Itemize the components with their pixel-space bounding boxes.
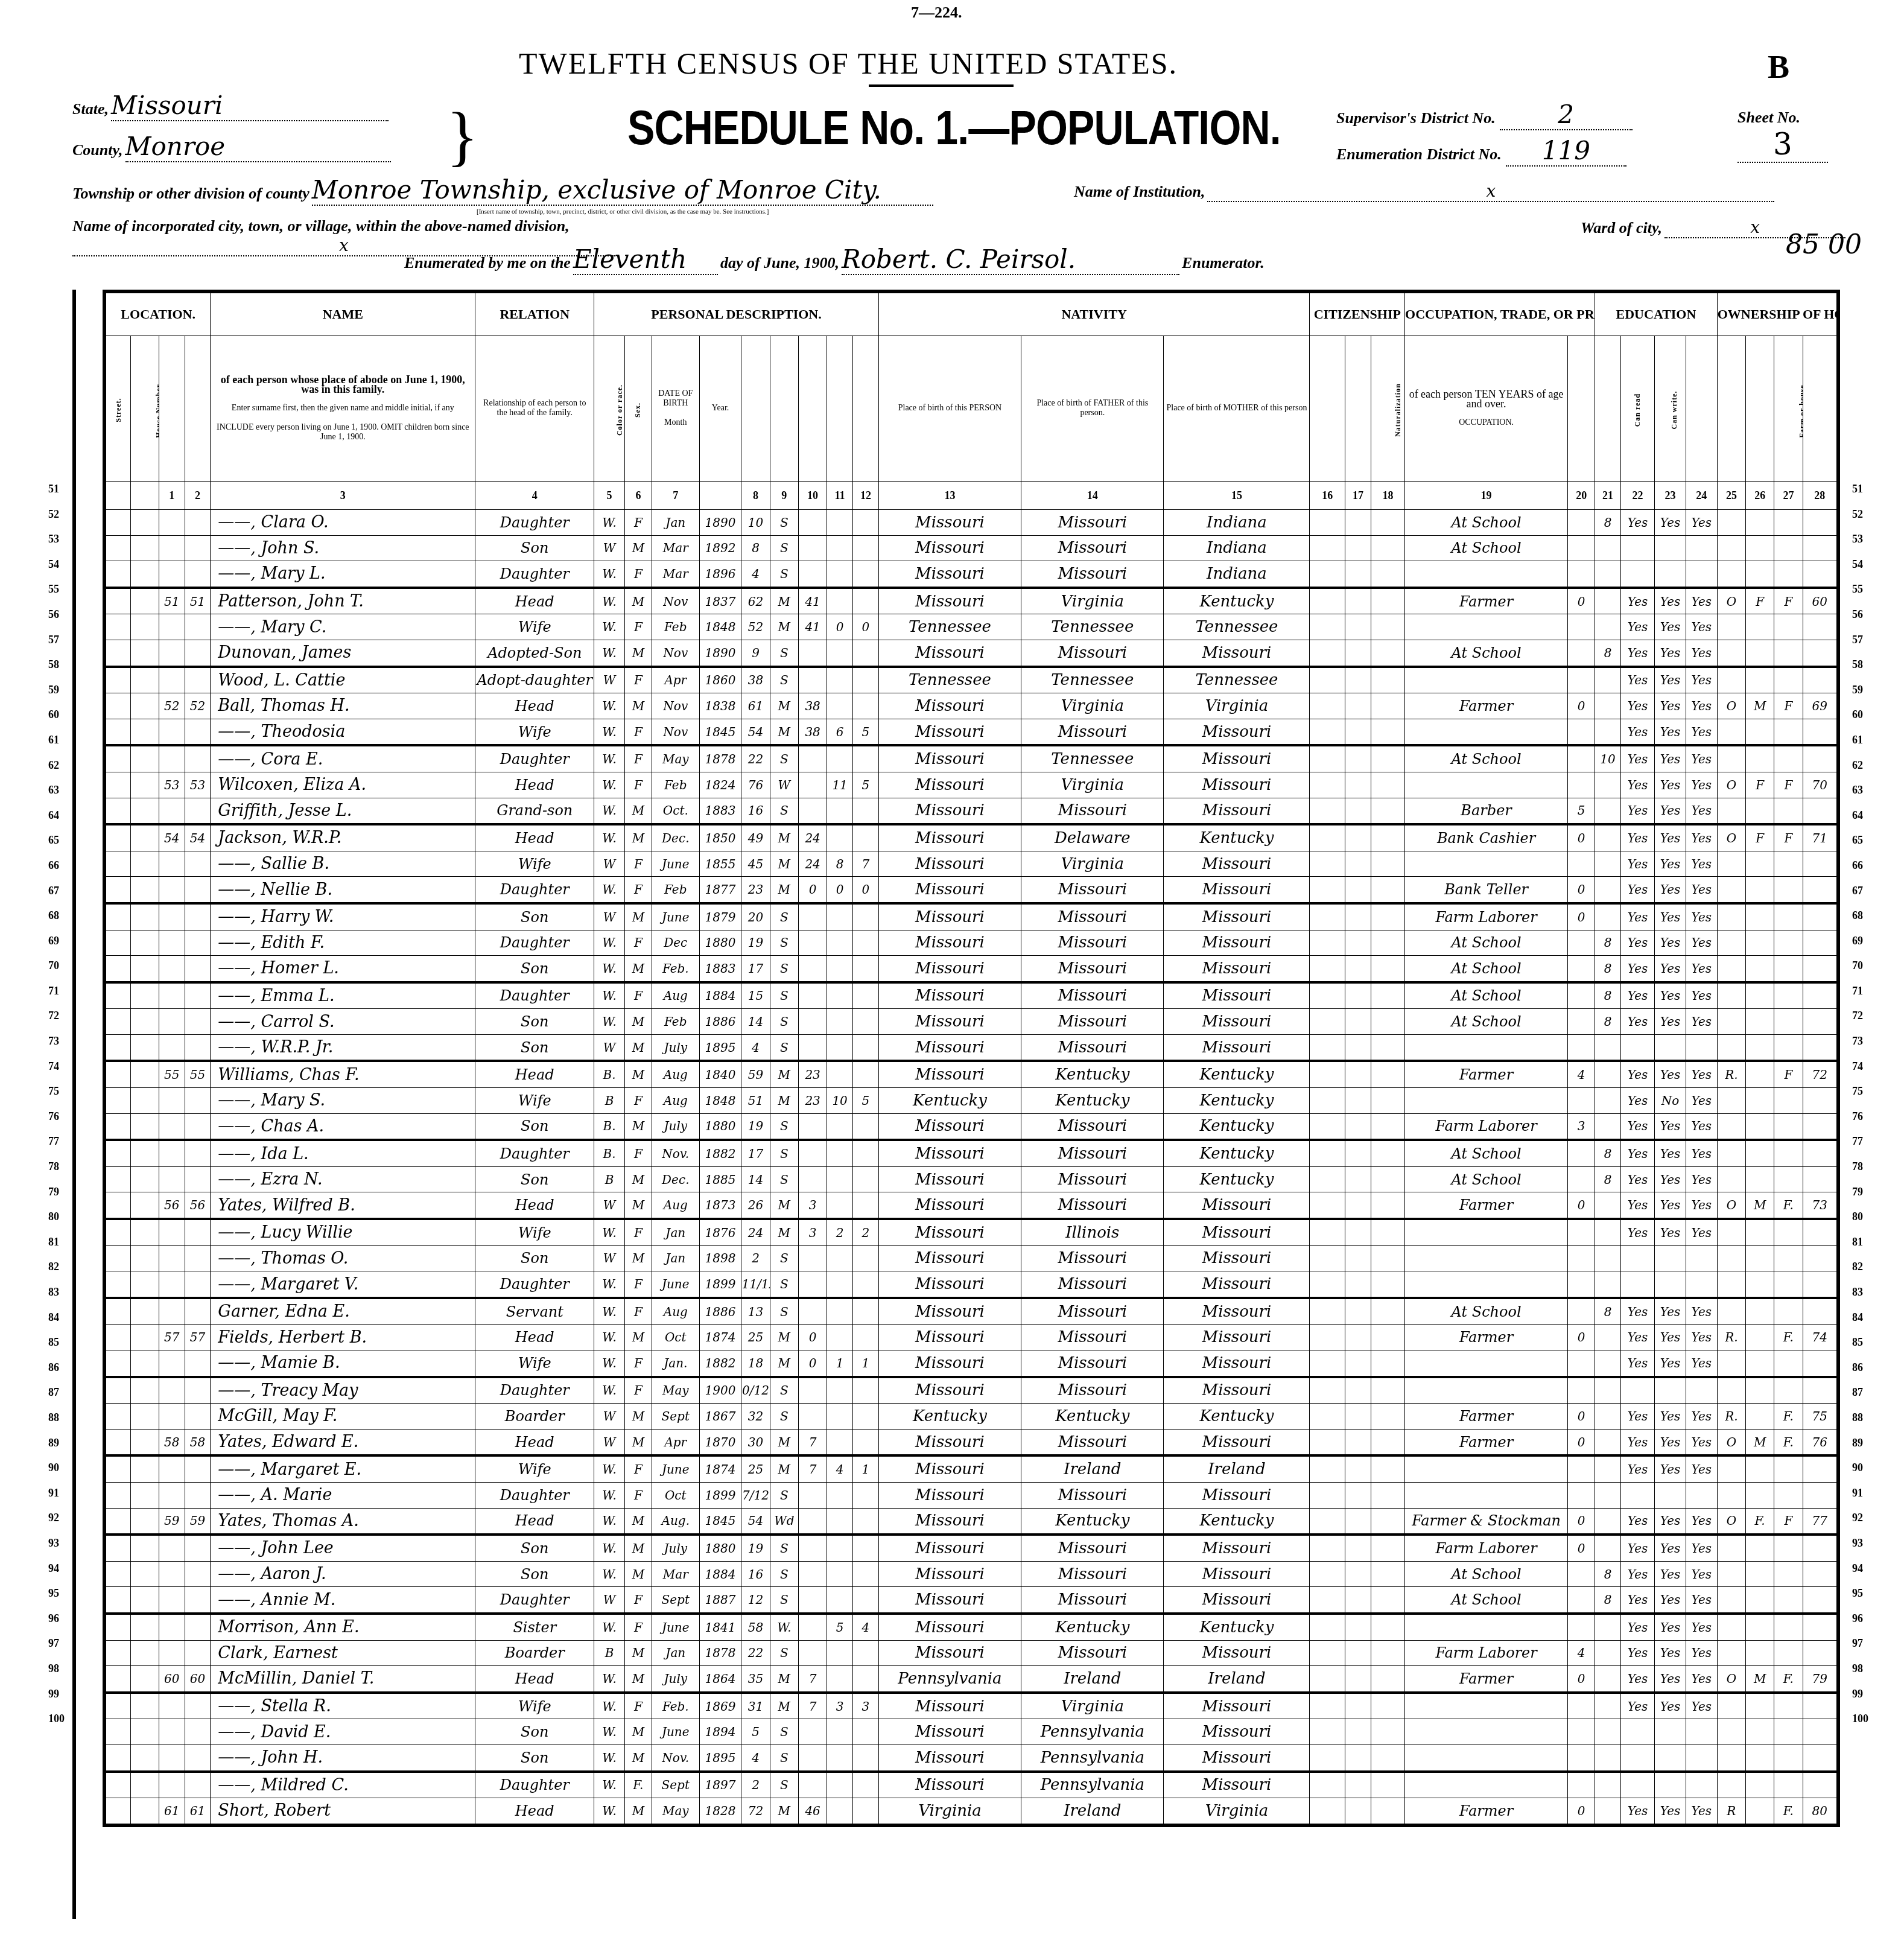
birth-month-cell: July — [652, 1666, 699, 1693]
owned-rented-cell — [1717, 903, 1745, 930]
naturalization-cell — [1371, 1192, 1404, 1219]
birthplace-mother-cell: Missouri — [1164, 956, 1310, 982]
color-cell: W. — [594, 640, 625, 666]
line-number: 91 — [1852, 1481, 1868, 1506]
months-unemployed-cell — [1568, 561, 1595, 588]
family-number-cell — [185, 1219, 211, 1245]
line-number: 75 — [48, 1079, 65, 1104]
color-cell: W. — [594, 1219, 625, 1245]
street-cell — [106, 1614, 131, 1640]
naturalization-cell — [1371, 588, 1404, 614]
house-number-cell — [130, 1298, 159, 1325]
farm-schedule-cell — [1803, 745, 1836, 772]
years-married-cell — [798, 772, 827, 798]
birth-month-cell: Feb — [652, 772, 699, 798]
family-number-cell — [185, 1271, 211, 1298]
can-speak-cell: Yes — [1686, 1561, 1717, 1587]
farm-schedule-cell — [1803, 561, 1836, 588]
line-number: 63 — [1852, 778, 1868, 803]
can-speak-cell: Yes — [1686, 930, 1717, 956]
can-write-cell: Yes — [1655, 877, 1686, 903]
birthplace-father-cell: Missouri — [1021, 1535, 1164, 1561]
family-number-cell — [185, 1377, 211, 1404]
relation-cell: Head — [475, 824, 594, 851]
attended-school-cell — [1595, 1482, 1621, 1508]
age-cell: 13 — [741, 1298, 770, 1325]
name-cell: ——, Stella R. — [211, 1693, 475, 1719]
marital-status-cell: S — [770, 1745, 798, 1771]
street-cell — [106, 640, 131, 666]
house-number-cell — [130, 1166, 159, 1192]
birthplace-person-cell: Missouri — [878, 772, 1021, 798]
children-living-cell — [853, 798, 879, 824]
years-in-us-cell — [1345, 1140, 1371, 1166]
owned-rented-cell — [1717, 1245, 1745, 1271]
marital-status-cell: S — [770, 1404, 798, 1430]
children-living-cell — [853, 745, 879, 772]
name-cell: ——, Mary S. — [211, 1088, 475, 1114]
margin-note: 85 00 — [1786, 229, 1862, 260]
name-cell: ——, Annie M. — [211, 1587, 475, 1614]
street-cell — [106, 1377, 131, 1404]
months-unemployed-cell: 0 — [1568, 1192, 1595, 1219]
attended-school-cell — [1595, 1798, 1621, 1824]
family-number-cell — [185, 1455, 211, 1482]
owned-rented-cell: R. — [1717, 1061, 1745, 1087]
sex-cell: F — [624, 1482, 652, 1508]
birthplace-mother-cell: Missouri — [1164, 1192, 1310, 1219]
owned-rented-cell — [1717, 1377, 1745, 1404]
occupation-cell — [1405, 1034, 1568, 1061]
farm-schedule-cell — [1803, 1088, 1836, 1114]
marital-status-cell: M — [770, 1350, 798, 1377]
family-number-cell — [185, 1088, 211, 1114]
farm-house-cell — [1774, 1271, 1803, 1298]
name-cell: McGill, May F. — [211, 1404, 475, 1430]
line-number: 68 — [1852, 903, 1868, 929]
birth-month-cell: Aug. — [652, 1508, 699, 1535]
immigration-year-cell — [1310, 1298, 1345, 1325]
sex-cell: F — [624, 667, 652, 693]
can-speak-cell — [1686, 1377, 1717, 1404]
dwelling-number-cell — [159, 667, 185, 693]
birthplace-mother-cell: Missouri — [1164, 930, 1310, 956]
farm-schedule-cell — [1803, 1271, 1836, 1298]
birthplace-father-cell: Missouri — [1021, 535, 1164, 561]
name-cell: Yates, Wilfred B. — [211, 1192, 475, 1219]
birthplace-person-cell: Missouri — [878, 1061, 1021, 1087]
children-living-cell — [853, 1561, 879, 1587]
age-cell: 51 — [741, 1088, 770, 1114]
can-write-cell: Yes — [1655, 1693, 1686, 1719]
birth-year-cell: 1874 — [699, 1455, 741, 1482]
free-mortgaged-cell — [1746, 956, 1774, 982]
birthplace-mother-cell: Indiana — [1164, 561, 1310, 588]
free-mortgaged-cell — [1746, 745, 1774, 772]
column-number: 25 — [1717, 482, 1745, 510]
immigration-year-cell — [1310, 1140, 1345, 1166]
mother-of-cell — [827, 745, 853, 772]
family-number-cell — [185, 1587, 211, 1614]
table-row: ——, Cora E.DaughterW.FMay187822SMissouri… — [106, 745, 1837, 772]
birthplace-mother-cell: Kentucky — [1164, 1140, 1310, 1166]
name-cell: ——, Harry W. — [211, 903, 475, 930]
children-living-cell: 1 — [853, 1455, 879, 1482]
naturalization-cell — [1371, 667, 1404, 693]
birth-year-cell: 1828 — [699, 1798, 741, 1824]
years-in-us-cell — [1345, 1772, 1371, 1798]
marital-status-cell: M — [770, 1061, 798, 1087]
children-living-cell — [853, 1271, 879, 1298]
name-cell: ——, Clara O. — [211, 510, 475, 536]
birthplace-father-cell: Virginia — [1021, 588, 1164, 614]
line-number: 70 — [1852, 953, 1868, 979]
can-write-cell: Yes — [1655, 982, 1686, 1009]
name-cell: ——, Mary L. — [211, 561, 475, 588]
color-cell: B. — [594, 1140, 625, 1166]
years-in-us-cell — [1345, 640, 1371, 666]
dwelling-number-cell — [159, 1113, 185, 1140]
enumeration-district-field: Enumeration District No. 119 — [1336, 136, 1626, 167]
street-cell — [106, 851, 131, 877]
children-living-cell — [853, 1429, 879, 1455]
immigration-year-cell — [1310, 824, 1345, 851]
birthplace-father-cell: Missouri — [1021, 1009, 1164, 1035]
children-living-cell — [853, 930, 879, 956]
relation-cell: Wife — [475, 1219, 594, 1245]
line-number: 59 — [48, 678, 65, 703]
line-number: 96 — [48, 1606, 65, 1632]
years-married-cell — [798, 1482, 827, 1508]
attended-school-cell — [1595, 561, 1621, 588]
free-mortgaged-cell — [1746, 1404, 1774, 1430]
children-living-cell — [853, 1745, 879, 1771]
can-read-cell: Yes — [1620, 640, 1654, 666]
street-cell — [106, 1192, 131, 1219]
free-mortgaged-cell — [1746, 930, 1774, 956]
can-write-cell: Yes — [1655, 851, 1686, 877]
occupation-cell: Farm Laborer — [1405, 1535, 1568, 1561]
birth-year-cell: 1877 — [699, 877, 741, 903]
family-number-cell — [185, 1640, 211, 1666]
sex-cell: F — [624, 982, 652, 1009]
col-free-mortgaged: Owned free or mortgaged — [1746, 336, 1774, 482]
children-living-cell — [853, 640, 879, 666]
line-number: 65 — [48, 828, 65, 853]
farm-house-cell — [1774, 851, 1803, 877]
birthplace-person-cell: Missouri — [878, 1561, 1021, 1587]
birthplace-person-cell: Missouri — [878, 1535, 1021, 1561]
age-cell: 24 — [741, 1219, 770, 1245]
table-row: ——, Annie M.DaughterWFSept188712SMissour… — [106, 1587, 1837, 1614]
can-read-cell: Yes — [1620, 1587, 1654, 1614]
street-cell — [106, 1325, 131, 1350]
birth-month-cell: Mar — [652, 561, 699, 588]
years-in-us-cell — [1345, 1587, 1371, 1614]
immigration-year-cell — [1310, 588, 1345, 614]
table-row: ——, Homer L.SonW.MFeb.188317SMissouriMis… — [106, 956, 1837, 982]
occupation-cell: At School — [1405, 1140, 1568, 1166]
can-speak-cell: Yes — [1686, 1298, 1717, 1325]
col-can-read: Can read — [1620, 336, 1654, 482]
marital-status-cell: M — [770, 693, 798, 719]
line-number: 60 — [1852, 702, 1868, 728]
age-cell: 52 — [741, 614, 770, 640]
column-number: 10 — [798, 482, 827, 510]
line-number: 84 — [48, 1305, 65, 1331]
years-married-cell: 3 — [798, 1192, 827, 1219]
can-write-cell: Yes — [1655, 1009, 1686, 1035]
can-write-cell: Yes — [1655, 1219, 1686, 1245]
sex-cell: F — [624, 1455, 652, 1482]
farm-schedule-cell — [1803, 930, 1836, 956]
free-mortgaged-cell — [1746, 1219, 1774, 1245]
months-unemployed-cell — [1568, 1009, 1595, 1035]
birthplace-father-cell: Missouri — [1021, 877, 1164, 903]
birthplace-person-cell: Kentucky — [878, 1404, 1021, 1430]
house-number-cell — [130, 903, 159, 930]
mother-of-cell — [827, 1034, 853, 1061]
owned-rented-cell — [1717, 1219, 1745, 1245]
occupation-cell: At School — [1405, 1166, 1568, 1192]
years-in-us-cell — [1345, 535, 1371, 561]
immigration-year-cell — [1310, 1166, 1345, 1192]
occupation-cell — [1405, 1772, 1568, 1798]
farm-schedule-cell — [1803, 719, 1836, 745]
birthplace-mother-cell: Kentucky — [1164, 588, 1310, 614]
attended-school-cell — [1595, 667, 1621, 693]
can-read-cell: Yes — [1620, 667, 1654, 693]
col-birthplace-father: Place of birth of FATHER of this person. — [1021, 336, 1164, 482]
birthplace-person-cell: Missouri — [878, 535, 1021, 561]
relation-cell: Son — [475, 956, 594, 982]
children-living-cell — [853, 1325, 879, 1350]
mother-of-cell: 10 — [827, 1088, 853, 1114]
free-mortgaged-cell — [1746, 903, 1774, 930]
birthplace-father-cell: Pennsylvania — [1021, 1719, 1164, 1745]
marital-status-cell: M — [770, 1429, 798, 1455]
immigration-year-cell — [1310, 1640, 1345, 1666]
street-cell — [106, 982, 131, 1009]
occupation-cell: Farmer — [1405, 588, 1568, 614]
years-married-cell — [798, 667, 827, 693]
family-number-cell: 58 — [185, 1429, 211, 1455]
years-married-cell: 23 — [798, 1088, 827, 1114]
birthplace-mother-cell: Virginia — [1164, 1798, 1310, 1824]
column-number: 9 — [770, 482, 798, 510]
immigration-year-cell — [1310, 1245, 1345, 1271]
name-cell: ——, A. Marie — [211, 1482, 475, 1508]
birth-year-cell: 1860 — [699, 667, 741, 693]
county-field: County, Monroe — [72, 132, 434, 162]
mother-of-cell — [827, 1271, 853, 1298]
years-married-cell: 3 — [798, 1219, 827, 1245]
can-write-cell: Yes — [1655, 1166, 1686, 1192]
children-living-cell — [853, 1140, 879, 1166]
attended-school-cell: 10 — [1595, 745, 1621, 772]
naturalization-cell — [1371, 510, 1404, 536]
can-read-cell — [1620, 1482, 1654, 1508]
column-number: 1 — [159, 482, 185, 510]
birthplace-person-cell: Missouri — [878, 1140, 1021, 1166]
col-dwelling-number: Number of dwelling-house, in the order o… — [159, 336, 185, 482]
column-number — [699, 482, 741, 510]
birthplace-person-cell: Missouri — [878, 1009, 1021, 1035]
column-number: 28 — [1803, 482, 1836, 510]
line-number: 61 — [1852, 728, 1868, 753]
family-number-cell — [185, 535, 211, 561]
can-write-cell: Yes — [1655, 640, 1686, 666]
years-married-cell: 38 — [798, 693, 827, 719]
line-number: 92 — [48, 1506, 65, 1531]
can-speak-cell: Yes — [1686, 693, 1717, 719]
owned-rented-cell: R — [1717, 1798, 1745, 1824]
children-living-cell — [853, 510, 879, 536]
enumerator-name: Robert. C. Peirsol. — [842, 244, 1179, 275]
occupation-cell: Farmer — [1405, 1429, 1568, 1455]
can-read-cell — [1620, 561, 1654, 588]
occupation-cell — [1405, 1245, 1568, 1271]
naturalization-cell — [1371, 1245, 1404, 1271]
months-unemployed-cell — [1568, 1745, 1595, 1771]
can-read-cell — [1620, 1745, 1654, 1771]
population-schedule-table: LOCATION. NAME RELATION PERSONAL DESCRIP… — [103, 290, 1840, 1827]
family-number-cell: 53 — [185, 772, 211, 798]
owned-rented-cell — [1717, 1719, 1745, 1745]
birth-month-cell: Jan. — [652, 1350, 699, 1377]
owned-rented-cell — [1717, 1088, 1745, 1114]
can-write-cell — [1655, 1772, 1686, 1798]
mother-of-cell — [827, 1166, 853, 1192]
naturalization-cell — [1371, 1798, 1404, 1824]
can-write-cell — [1655, 1719, 1686, 1745]
age-cell: 62 — [741, 588, 770, 614]
can-write-cell: Yes — [1655, 930, 1686, 956]
birthplace-mother-cell: Missouri — [1164, 1693, 1310, 1719]
sheet-letter: B — [1768, 48, 1789, 86]
children-living-cell: 3 — [853, 1693, 879, 1719]
birthplace-person-cell: Missouri — [878, 1034, 1021, 1061]
immigration-year-cell — [1310, 561, 1345, 588]
owned-rented-cell — [1717, 667, 1745, 693]
can-speak-cell: Yes — [1686, 667, 1717, 693]
naturalization-cell — [1371, 1271, 1404, 1298]
mother-of-cell — [827, 1245, 853, 1271]
birthplace-person-cell: Missouri — [878, 982, 1021, 1009]
line-number: 69 — [1852, 929, 1868, 954]
can-read-cell: Yes — [1620, 614, 1654, 640]
birth-month-cell: June — [652, 1614, 699, 1640]
birth-month-cell: Jan — [652, 1245, 699, 1271]
color-cell: W. — [594, 1377, 625, 1404]
line-number: 72 — [1852, 1003, 1868, 1029]
owned-rented-cell: O — [1717, 693, 1745, 719]
street-cell — [106, 1640, 131, 1666]
age-cell: 20 — [741, 903, 770, 930]
free-mortgaged-cell — [1746, 1061, 1774, 1087]
dwelling-number-cell: 60 — [159, 1666, 185, 1693]
years-married-cell — [798, 1034, 827, 1061]
children-living-cell: 7 — [853, 851, 879, 877]
street-cell — [106, 535, 131, 561]
birthplace-father-cell: Ireland — [1021, 1798, 1164, 1824]
birth-month-cell: Nov. — [652, 1745, 699, 1771]
line-number: 79 — [48, 1180, 65, 1205]
column-number: 20 — [1568, 482, 1595, 510]
can-speak-cell: Yes — [1686, 1798, 1717, 1824]
farm-house-cell — [1774, 798, 1803, 824]
age-cell: 7/12 — [741, 1482, 770, 1508]
header-citizenship: CITIZENSHIP — [1310, 293, 1405, 336]
marital-status-cell: S — [770, 1113, 798, 1140]
col-birth-year: Year. — [699, 336, 741, 482]
free-mortgaged-cell — [1746, 877, 1774, 903]
occupation-cell: At School — [1405, 1561, 1568, 1587]
naturalization-cell — [1371, 1693, 1404, 1719]
table-row: ——, Carrol S.SonW.MFeb188614SMissouriMis… — [106, 1009, 1837, 1035]
can-read-cell: Yes — [1620, 1429, 1654, 1455]
naturalization-cell — [1371, 1719, 1404, 1745]
owned-rented-cell — [1717, 956, 1745, 982]
dwelling-number-cell — [159, 1350, 185, 1377]
birthplace-mother-cell: Missouri — [1164, 798, 1310, 824]
color-cell: W. — [594, 1508, 625, 1535]
can-read-cell: Yes — [1620, 1088, 1654, 1114]
dwelling-number-cell — [159, 1298, 185, 1325]
age-cell: 26 — [741, 1192, 770, 1219]
birthplace-father-cell: Missouri — [1021, 561, 1164, 588]
age-cell: 54 — [741, 1508, 770, 1535]
column-number: 2 — [185, 482, 211, 510]
years-in-us-cell — [1345, 1640, 1371, 1666]
house-number-cell — [130, 1508, 159, 1535]
children-living-cell — [853, 693, 879, 719]
name-cell: ——, Mamie B. — [211, 1350, 475, 1377]
township-field: Township or other division of county Mon… — [72, 175, 1098, 206]
children-living-cell: 5 — [853, 719, 879, 745]
birthplace-father-cell: Missouri — [1021, 640, 1164, 666]
naturalization-cell — [1371, 1614, 1404, 1640]
sex-cell: M — [624, 1325, 652, 1350]
birthplace-person-cell: Missouri — [878, 824, 1021, 851]
line-number: 90 — [1852, 1455, 1868, 1481]
occupation-cell: Farmer — [1405, 1404, 1568, 1430]
table-row: ——, Chas A.SonB.MJuly188019SMissouriMiss… — [106, 1113, 1837, 1140]
years-married-cell — [798, 1719, 827, 1745]
farm-house-cell — [1774, 1034, 1803, 1061]
naturalization-cell — [1371, 1088, 1404, 1114]
dwelling-number-cell — [159, 903, 185, 930]
family-number-cell — [185, 1009, 211, 1035]
immigration-year-cell — [1310, 1061, 1345, 1087]
birth-year-cell: 1886 — [699, 1298, 741, 1325]
street-cell — [106, 1245, 131, 1271]
can-read-cell: Yes — [1620, 1325, 1654, 1350]
can-read-cell: Yes — [1620, 1455, 1654, 1482]
birthplace-person-cell: Missouri — [878, 1298, 1021, 1325]
house-number-cell — [130, 1061, 159, 1087]
header-name: NAME — [211, 293, 475, 336]
age-cell: 16 — [741, 798, 770, 824]
years-in-us-cell — [1345, 1745, 1371, 1771]
years-in-us-cell — [1345, 1455, 1371, 1482]
immigration-year-cell — [1310, 1271, 1345, 1298]
farm-house-cell — [1774, 1113, 1803, 1140]
line-number: 81 — [1852, 1230, 1868, 1255]
marital-status-cell: S — [770, 1034, 798, 1061]
line-number: 89 — [1852, 1431, 1868, 1456]
months-unemployed-cell — [1568, 982, 1595, 1009]
